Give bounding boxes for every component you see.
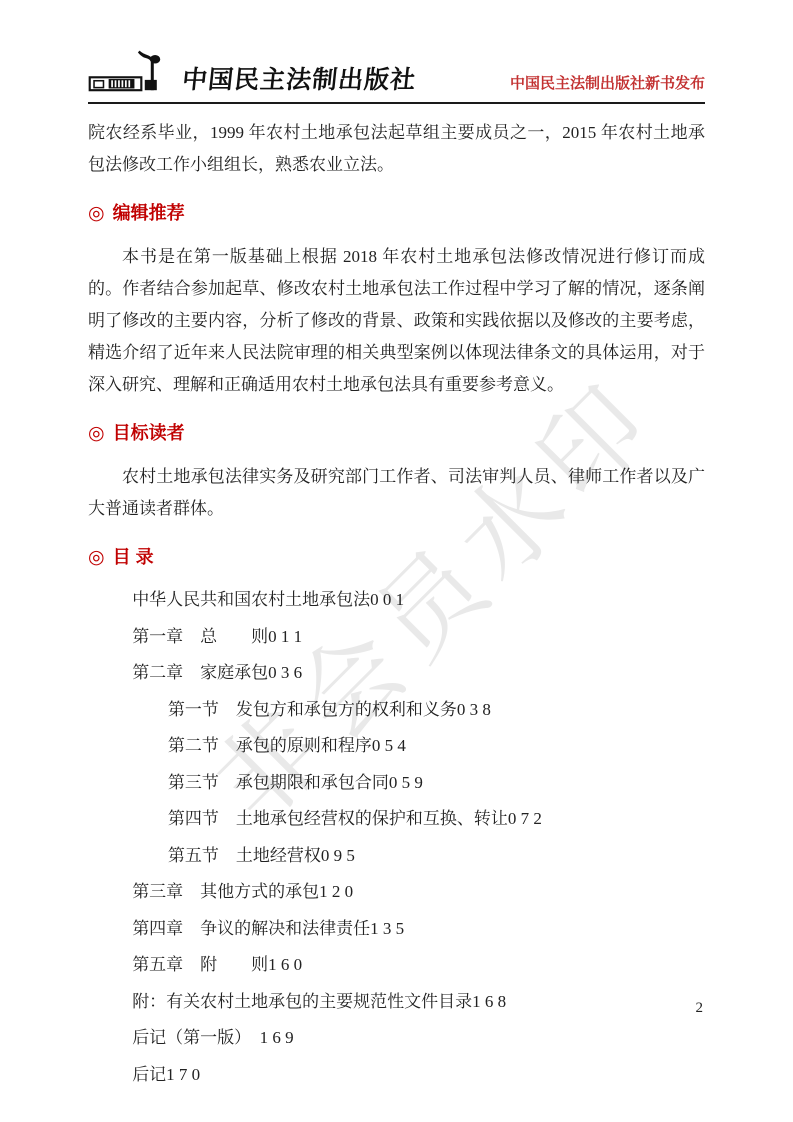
toc-entry: 第五章 附 则1 6 0 xyxy=(88,947,705,984)
section-heading-target-readers: ◎ 目标读者 xyxy=(88,418,705,448)
double-circle-bullet-icon: ◎ xyxy=(88,424,105,443)
document-page: 非会员水印 xyxy=(0,0,793,1122)
toc-entry: 第三节 承包期限和承包合同0 5 9 xyxy=(88,765,705,802)
target-readers-paragraph: 农村土地承包法律实务及研究部门工作者、司法审判人员、律师工作者以及广大普通读者群… xyxy=(88,461,705,525)
editor-recommendation-paragraph: 本书是在第一版基础上根据 2018 年农村土地承包法修改情况进行修订而成的。作者… xyxy=(88,241,705,401)
double-circle-bullet-icon: ◎ xyxy=(88,204,105,223)
toc-entry: 第一节 发包方和承包方的权利和义务0 3 8 xyxy=(88,692,705,729)
page-number: 2 xyxy=(696,1000,704,1017)
header-banner-text: 中国民主法制出版社新书发布 xyxy=(510,72,705,96)
section-heading-toc: ◎ 目 录 xyxy=(88,542,705,572)
toc-entry: 第二章 家庭承包0 3 6 xyxy=(88,655,705,692)
double-circle-bullet-icon: ◎ xyxy=(88,548,105,567)
page-content: 中国民主法制出版社 中国民主法制出版社新书发布 院农经系毕业，1999 年农村土… xyxy=(0,50,793,1093)
toc-entry: 第一章 总 则0 1 1 xyxy=(88,619,705,656)
intro-paragraph: 院农经系毕业，1999 年农村土地承包法起草组主要成员之一，2015 年农村土地… xyxy=(88,117,705,181)
publisher-name: 中国民主法制出版社 xyxy=(181,68,418,96)
toc-entry: 第四节 土地承包经营权的保护和互换、转让0 7 2 xyxy=(88,801,705,838)
table-of-contents: 中华人民共和国农村土地承包法0 0 1 第一章 总 则0 1 1 第二章 家庭承… xyxy=(88,582,705,1093)
toc-entry: 中华人民共和国农村土地承包法0 0 1 xyxy=(88,582,705,619)
publisher-logo: 中国民主法制出版社 xyxy=(88,50,416,96)
section-title: 编辑推荐 xyxy=(113,198,185,228)
section-title: 目 录 xyxy=(113,542,154,572)
section-heading-editor-recommendation: ◎ 编辑推荐 xyxy=(88,198,705,228)
toc-entry: 后记1 7 0 xyxy=(88,1057,705,1094)
publisher-building-brush-icon xyxy=(88,50,174,96)
toc-entry: 后记（第一版） 1 6 9 xyxy=(88,1020,705,1057)
toc-entry: 第四章 争议的解决和法律责任1 3 5 xyxy=(88,911,705,948)
toc-entry: 第三章 其他方式的承包1 2 0 xyxy=(88,874,705,911)
toc-entry: 第五节 土地经营权0 9 5 xyxy=(88,838,705,875)
toc-entry: 第二节 承包的原则和程序0 5 4 xyxy=(88,728,705,765)
section-title: 目标读者 xyxy=(113,418,185,448)
toc-entry: 附：有关农村土地承包的主要规范性文件目录1 6 8 xyxy=(88,984,705,1021)
header-divider xyxy=(88,102,705,104)
page-header: 中国民主法制出版社 中国民主法制出版社新书发布 xyxy=(88,50,705,96)
